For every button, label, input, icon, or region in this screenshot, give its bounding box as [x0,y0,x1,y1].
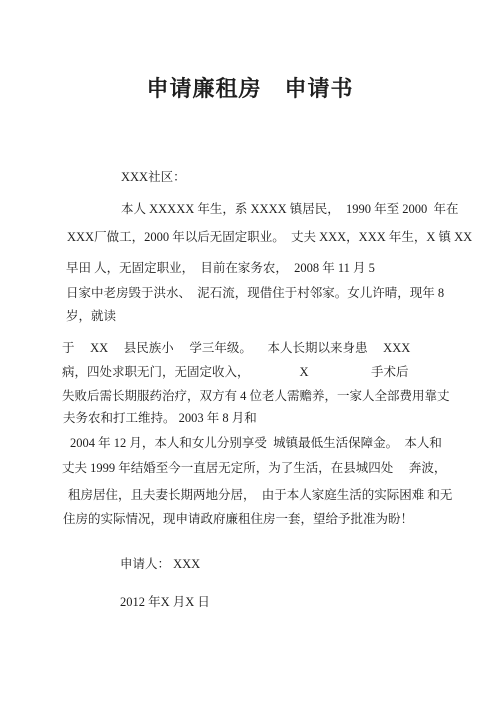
body-line: 早田 人，无固定职业， 目前在家务农， 2008 年 11 月 5 [66,260,375,277]
body-line: 病，四处求职无门，无固定收入， X 手术后 [62,364,409,381]
document-title: 申请廉租房 申请书 [0,72,500,103]
body-line: 岁，就读 [66,308,116,325]
body-line: 住房的实际情况，现申请政府廉租住房一套，望给予批准为盼！ [63,511,413,528]
body-line: 租房居住，且夫妻长期两地分居， 由于本人家庭生活的实际困难 和无 [68,487,452,504]
signature-line: 申请人： XXX [120,556,200,573]
body-line: XXX厂做工，2000 年以后无固定职业。 丈夫 XXX，XXX 年生，X 镇 … [67,229,472,246]
body-line: 2004 年 12 月，本人和女儿分别享受 城镇最低生活保障金。 本人和 [70,435,442,452]
date-line: 2012 年X 月X 日 [120,594,210,611]
salutation-line: XXX社区： [121,169,186,186]
body-line: 失败后需长期服药治疗，双方有 4 位老人需赡养，一家人全部费用靠丈 [62,388,450,405]
document-page: 申请廉租房 申请书 XXX社区： 本人 XXXXX 年生，系 XXXX 镇居民，… [0,0,500,708]
body-line: 日家中老房毁于洪水、 泥石流，现借住于村邻家。女儿许晴，现年 8 [66,285,444,302]
body-line: 夫务农和打工维持。 2003 年 8 月和 [63,410,257,427]
body-line: 于 XX 县民族小 学三年级。 本人长期以来身患 XXX [62,340,410,357]
body-line: 本人 XXXXX 年生，系 XXXX 镇居民， 1990 年至 2000 年在 [121,201,459,218]
body-line: 丈夫 1999 年结婚至今一直居无定所，为了生活，在县城四处 奔波， [62,460,446,477]
